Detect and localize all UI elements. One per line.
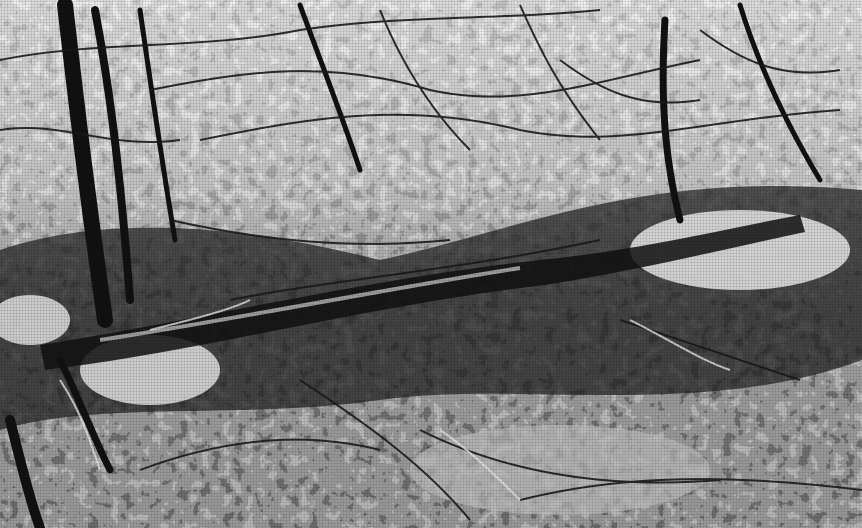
woodland-photo bbox=[0, 0, 862, 528]
photo-frame bbox=[0, 0, 862, 528]
